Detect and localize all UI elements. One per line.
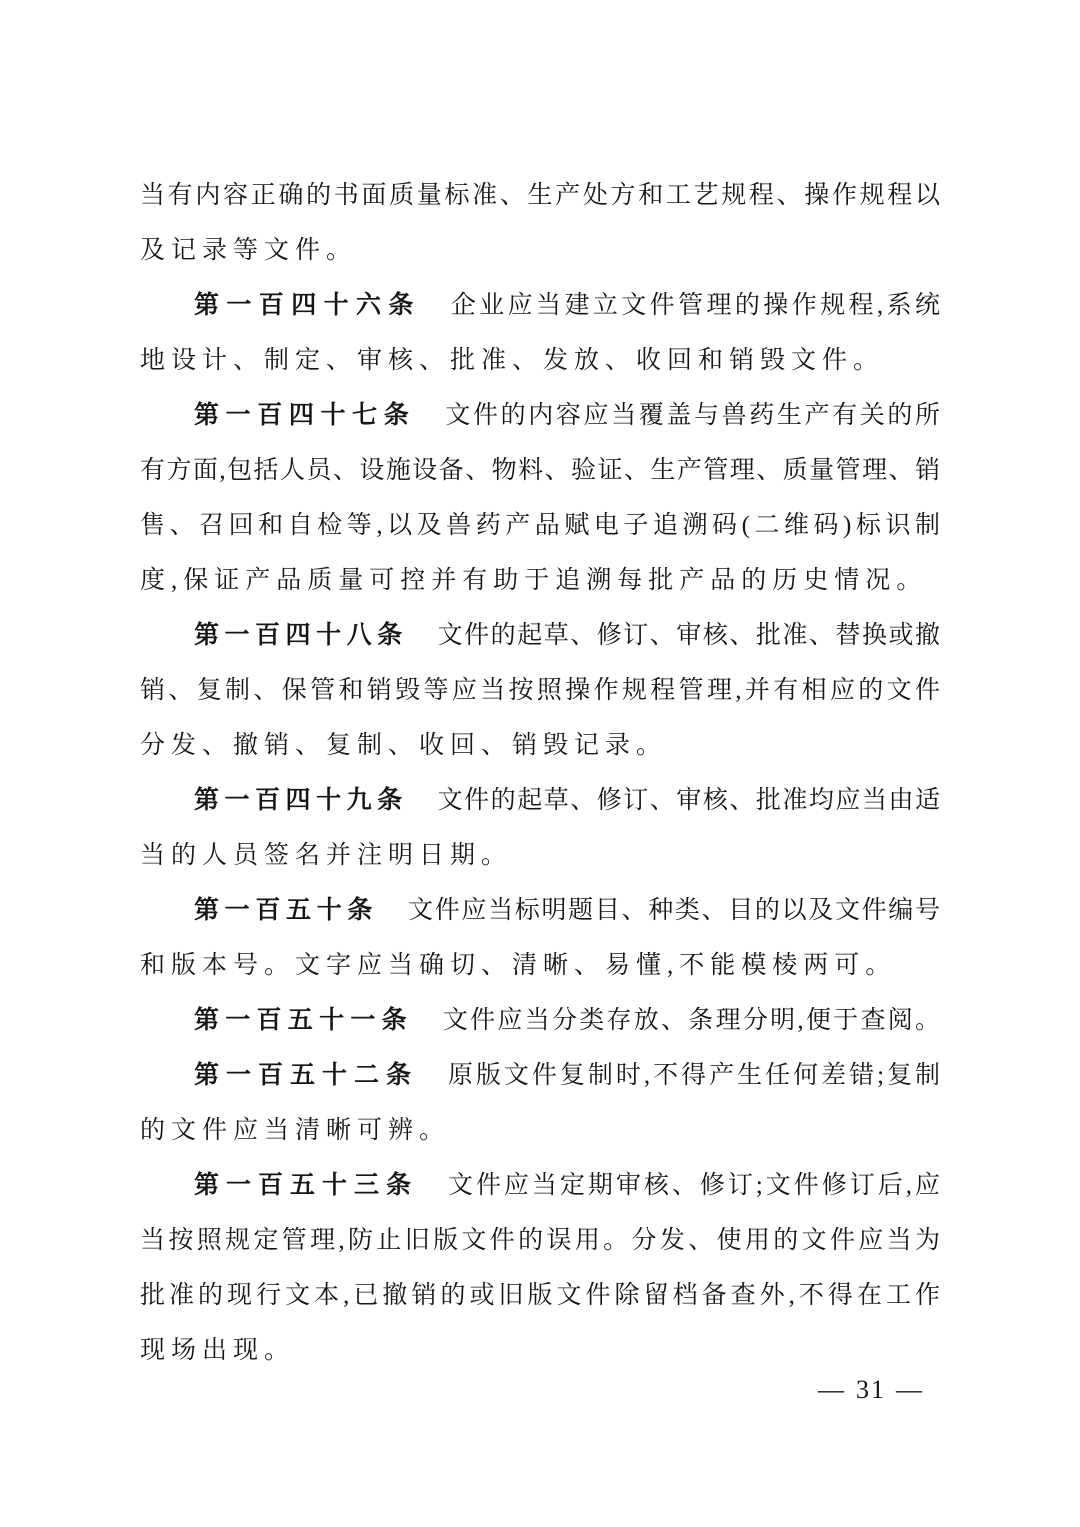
line-text: 及记录等文件。 — [140, 237, 357, 264]
text-line: 第一百四十八条文件的起草、修订、审核、批准、替换或撤 — [140, 608, 940, 663]
line-text: 企业应当建立文件管理的操作规程,系统 — [451, 292, 940, 319]
text-line: 的文件应当清晰可辨。 — [140, 1103, 940, 1158]
line-text: 文件应当定期审核、修订;文件修订后,应 — [448, 1172, 940, 1199]
text-line: 当有内容正确的书面质量标准、生产处方和工艺规程、操作规程以 — [140, 168, 940, 223]
line-text: 文件应当分类存放、条理分明,便于查阅。 — [443, 1007, 940, 1034]
article-number: 第一百四十八条 — [194, 621, 408, 649]
page-number: —31— — [808, 1372, 934, 1408]
text-line: 现场出现。 — [140, 1323, 940, 1378]
text-line: 有方面,包括人员、设施设备、物料、验证、生产管理、质量管理、销 — [140, 443, 940, 498]
text-block: 当有内容正确的书面质量标准、生产处方和工艺规程、操作规程以及记录等文件。第一百四… — [140, 168, 940, 1378]
text-line: 第一百五十一条文件应当分类存放、条理分明,便于查阅。 — [140, 993, 940, 1048]
article-number: 第一百四十九条 — [194, 786, 408, 814]
page-number-dash-left: — — [818, 1372, 846, 1408]
text-line: 批准的现行文本,已撤销的或旧版文件除留档备查外,不得在工作 — [140, 1268, 940, 1323]
line-text: 有方面,包括人员、设施设备、物料、验证、生产管理、质量管理、销 — [140, 457, 940, 484]
text-line: 地设计、制定、审核、批准、发放、收回和销毁文件。 — [140, 333, 940, 388]
text-line: 销、复制、保管和销毁等应当按照操作规程管理,并有相应的文件 — [140, 663, 940, 718]
text-line: 度,保证产品质量可控并有助于追溯每批产品的历史情况。 — [140, 553, 940, 608]
text-line: 第一百五十条文件应当标明题目、种类、目的以及文件编号 — [140, 883, 940, 938]
line-text: 当有内容正确的书面质量标准、生产处方和工艺规程、操作规程以 — [140, 182, 940, 209]
page-number-value: 31 — [856, 1375, 886, 1404]
article-number: 第一百五十一条 — [194, 1006, 413, 1034]
line-text: 和版本号。文字应当确切、清晰、易懂,不能模棱两可。 — [140, 952, 896, 979]
line-text: 批准的现行文本,已撤销的或旧版文件除留档备查外,不得在工作 — [140, 1282, 940, 1309]
article-number: 第一百四十七条 — [194, 401, 415, 429]
page-number-dash-right: — — [896, 1372, 924, 1408]
article-number: 第一百四十六条 — [194, 291, 421, 319]
text-line: 第一百五十二条原版文件复制时,不得产生任何差错;复制 — [140, 1048, 940, 1103]
line-text: 文件的起草、修订、审核、批准、替换或撤 — [438, 622, 940, 649]
text-line: 当按照规定管理,防止旧版文件的误用。分发、使用的文件应当为 — [140, 1213, 940, 1268]
line-text: 文件的起草、修订、审核、批准均应当由适 — [438, 787, 940, 814]
text-line: 和版本号。文字应当确切、清晰、易懂,不能模棱两可。 — [140, 938, 940, 993]
line-text: 售、召回和自检等,以及兽药产品赋电子追溯码(二维码)标识制 — [140, 512, 940, 539]
line-text: 分发、撤销、复制、收回、销毁记录。 — [140, 732, 667, 759]
line-text: 销、复制、保管和销毁等应当按照操作规程管理,并有相应的文件 — [140, 677, 940, 704]
line-text: 当按照规定管理,防止旧版文件的误用。分发、使用的文件应当为 — [140, 1227, 940, 1254]
line-text: 当的人员签名并注明日期。 — [140, 842, 512, 869]
text-line: 第一百四十九条文件的起草、修订、审核、批准均应当由适 — [140, 773, 940, 828]
text-line: 售、召回和自检等,以及兽药产品赋电子追溯码(二维码)标识制 — [140, 498, 940, 553]
text-line: 当的人员签名并注明日期。 — [140, 828, 940, 883]
line-text: 的文件应当清晰可辨。 — [140, 1117, 450, 1144]
line-text: 度,保证产品质量可控并有助于追溯每批产品的历史情况。 — [140, 567, 927, 594]
document-page: 当有内容正确的书面质量标准、生产处方和工艺规程、操作规程以及记录等文件。第一百四… — [0, 0, 1080, 1527]
line-text: 地设计、制定、审核、批准、发放、收回和销毁文件。 — [140, 347, 884, 374]
line-text: 原版文件复制时,不得产生任何差错;复制 — [448, 1062, 940, 1089]
article-number: 第一百五十条 — [194, 896, 378, 924]
text-line: 及记录等文件。 — [140, 223, 940, 278]
article-number: 第一百五十二条 — [194, 1061, 418, 1089]
article-number: 第一百五十三条 — [194, 1171, 418, 1199]
line-text: 现场出现。 — [140, 1337, 295, 1364]
line-text: 文件的内容应当覆盖与兽药生产有关的所 — [445, 402, 940, 429]
line-text: 文件应当标明题目、种类、目的以及文件编号 — [408, 897, 940, 924]
text-line: 第一百五十三条文件应当定期审核、修订;文件修订后,应 — [140, 1158, 940, 1213]
text-line: 第一百四十六条企业应当建立文件管理的操作规程,系统 — [140, 278, 940, 333]
text-line: 分发、撤销、复制、收回、销毁记录。 — [140, 718, 940, 773]
text-line: 第一百四十七条文件的内容应当覆盖与兽药生产有关的所 — [140, 388, 940, 443]
